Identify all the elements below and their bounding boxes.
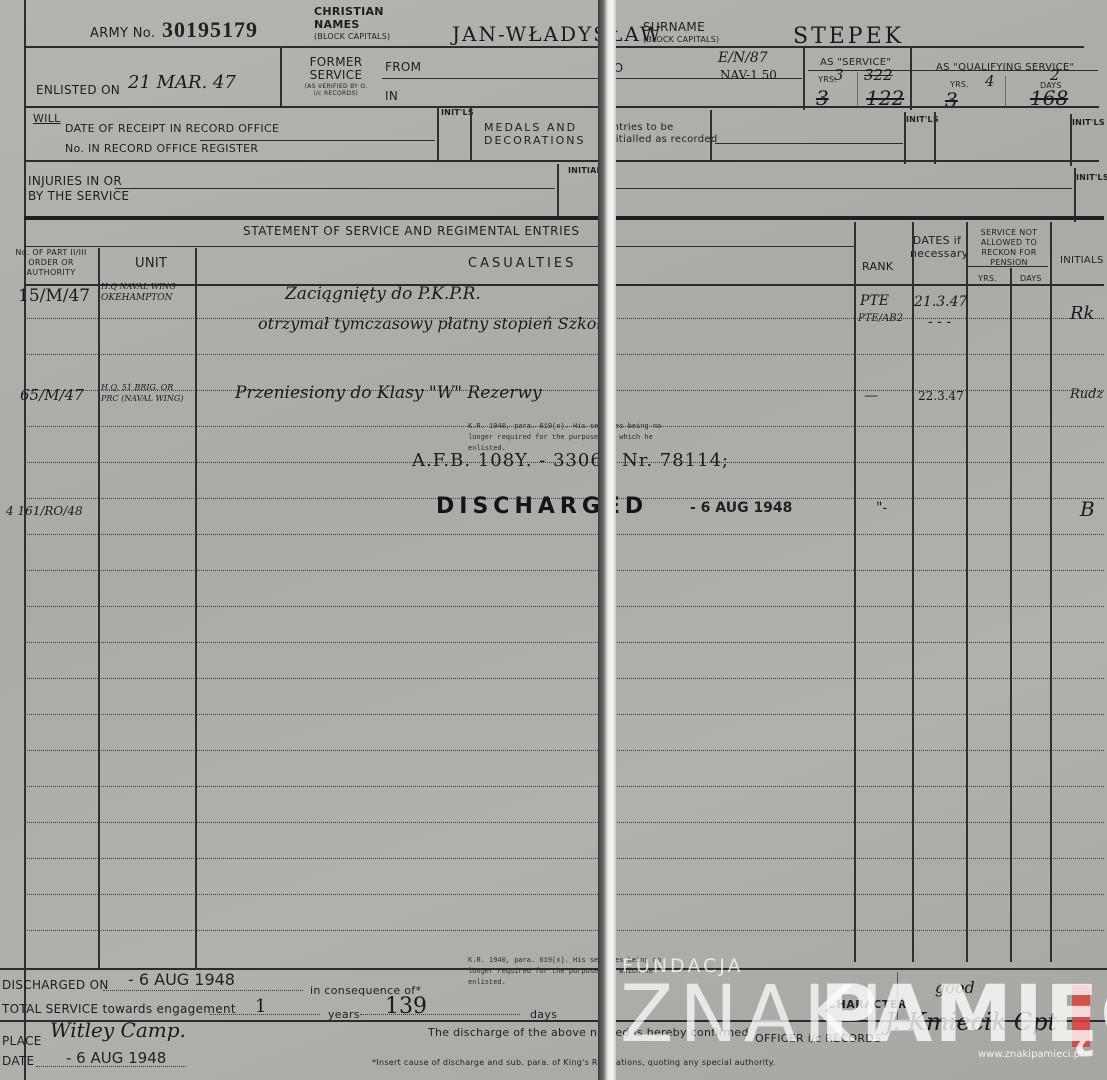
entry-1-unit-line2: OKEHAMPTON — [101, 293, 173, 303]
entry-2-rank: — — [864, 388, 878, 404]
qualifying-yrs: 4 — [985, 72, 995, 90]
entry-2-stamp-line1: K.R. 1940, para. 619(x). His services be… — [468, 422, 661, 433]
entry-2-order: 65/M/47 — [20, 386, 84, 404]
medals-label-2: DECORATIONS — [484, 134, 585, 147]
entry-1-rank-line1: PTE — [860, 293, 889, 309]
statement-header-bottom — [24, 284, 1104, 286]
christian-names-sub: (BLOCK CAPITALS) — [314, 32, 390, 41]
entries-note-1: Entries to be — [606, 122, 674, 133]
col-dates-header: DATES if necessary — [910, 234, 964, 260]
medals-divider — [710, 110, 712, 162]
ruled-line — [24, 822, 1104, 823]
former-service-sub: (AS VERIFIED BY O. i/c RECORDS) — [300, 83, 372, 97]
header-divider-3 — [24, 160, 1099, 162]
former-service-label: FORMER SERVICE — [300, 56, 372, 82]
entry-1-casualty-line1: Zaciągnięty do P.K.P.R. — [285, 284, 481, 304]
service-record-document: ARMY No. 30195179 CHRISTIAN NAMES (BLOCK… — [0, 0, 1107, 1080]
surname-label: SURNAME — [643, 20, 705, 34]
entry-2-unit-line1: H.Q. 51 BRIG. OR — [101, 383, 173, 392]
col-not-allowed-header: SERVICE NOT ALLOWED TO RECKON FOR PENSIO… — [968, 228, 1050, 268]
col-unit-header: UNIT — [135, 256, 167, 271]
col-days-header: DAYS — [1020, 274, 1042, 283]
ruled-line — [24, 678, 1104, 679]
entry-2-initials: Rudz — [1070, 387, 1103, 402]
entry-3-initials: B — [1080, 497, 1095, 521]
ruled-line — [24, 570, 1104, 571]
statement-title: STATEMENT OF SERVICE AND REGIMENTAL ENTR… — [243, 224, 580, 238]
col-divider-casualties — [854, 222, 856, 962]
col-divider-unit — [195, 248, 197, 968]
injuries-line — [115, 188, 555, 189]
injuries-initials-divider — [557, 164, 559, 216]
to-value-line2: NAV-1 50 — [720, 68, 777, 82]
place-value: Witley Camp. — [50, 1018, 186, 1042]
entry-1-order: 15/M/47 — [18, 286, 90, 306]
entry-1-initials: Rk — [1070, 303, 1094, 324]
col-casualties-header: CASUALTIES — [468, 256, 576, 271]
register-label: No. IN RECORD OFFICE REGISTER — [65, 142, 258, 155]
date-receipt-label: DATE OF RECEIPT IN RECORD OFFICE — [65, 122, 279, 135]
total-days-line — [360, 1014, 520, 1015]
col-divider-order — [98, 248, 100, 968]
entry-2-casualty: Przeniesiony do Klasy "W" Rezerwy — [235, 383, 542, 403]
ruled-line — [24, 930, 1104, 931]
col-order-header: No. OF PART II/III ORDER OR AUTHORITY — [14, 248, 88, 278]
medals-initials-label-2: INIT'LS — [1072, 118, 1105, 127]
entry-2-date: 22.3.47 — [918, 389, 964, 403]
paper-fold-crease — [598, 0, 616, 1080]
total-service-label: TOTAL SERVICE towards engagement — [2, 1002, 236, 1016]
entry-2-reference: A.F.B. 108Y. - 33060 Nr. 78114; — [412, 450, 729, 471]
enlisted-label: ENLISTED ON — [36, 83, 120, 97]
total-days-value: 139 — [385, 994, 427, 1019]
entry-1-date-line1: 21.3.47 — [914, 294, 967, 310]
injuries-label-2: BY THE SERVICE — [28, 189, 129, 203]
col-divider-rank — [912, 222, 914, 962]
watermark-pamieci: PAMIĘCI — [820, 970, 1107, 1060]
christian-names-value: JAN-WŁADYSŁAW — [452, 22, 663, 46]
qualifying-yrs-struck: 3 — [945, 88, 958, 112]
service-col-divider — [857, 72, 858, 108]
as-service-days: 322 — [864, 66, 893, 84]
place-label: PLACE — [2, 1034, 42, 1048]
entry-1-rank-line2: PTE/AB2 — [858, 313, 903, 324]
discharged-on-value: - 6 AUG 1948 — [128, 970, 235, 989]
header-divider-1 — [24, 46, 1084, 48]
in-label: IN — [385, 89, 398, 103]
statement-top-rule — [24, 216, 1104, 220]
left-border — [24, 0, 26, 1080]
records-initials-divider-2 — [470, 106, 472, 160]
entry-3-order: 4 161/RO/48 — [6, 504, 83, 518]
entry-1-unit-line1: H.Q NAVAL WING — [101, 282, 176, 291]
surname-sub: (BLOCK CAPITALS) — [643, 35, 719, 44]
col-divider-days — [1050, 222, 1052, 962]
header-divider-2 — [24, 106, 1099, 108]
medals-line — [715, 143, 903, 144]
army-no-value: 30195179 — [162, 17, 258, 43]
as-service-yrs: 3 — [834, 66, 844, 84]
entry-1-casualty-line2: otrzymał tymczasowy płatny stopień Szkoł… — [258, 314, 611, 333]
will-label: WILL — [33, 112, 61, 125]
watermark-url[interactable]: www.znakipamieci.pl — [978, 1049, 1083, 1060]
injuries-label-1: INJURIES IN OR — [28, 174, 122, 188]
discharged-on-line — [103, 990, 303, 991]
date-value: - 6 AUG 1948 — [66, 1049, 166, 1067]
date-receipt-line — [200, 140, 435, 141]
ruled-line — [24, 858, 1104, 859]
ruled-line — [24, 894, 1104, 895]
ruled-line — [24, 786, 1104, 787]
col-initials-header: INITIALS — [1060, 255, 1104, 266]
enlisted-value: 21 MAR. 47 — [128, 72, 236, 93]
from-label: FROM — [385, 60, 421, 74]
ruled-line — [24, 714, 1104, 715]
entry-2-stamp-line2: longer required for the purpose for whic… — [468, 433, 653, 444]
entry-3-discharged-stamp: DISCHARGED — [436, 494, 648, 519]
col-not-allowed-line — [966, 266, 1048, 267]
ruled-line — [24, 606, 1104, 607]
col-divider-dates — [966, 222, 968, 962]
medals-initials-divider-2 — [934, 112, 936, 164]
discharged-on-label: DISCHARGED ON — [2, 978, 109, 992]
records-initials-divider — [437, 106, 439, 160]
ruled-line — [24, 354, 1104, 355]
qualifying-days: 2 — [1050, 66, 1060, 84]
qualifying-col-divider — [1005, 76, 1006, 108]
entry-3-discharged-date: - 6 AUG 1948 — [690, 500, 792, 516]
injuries-initials-label-2: INIT'LS — [1076, 173, 1107, 182]
army-no-label: ARMY No. — [90, 26, 155, 41]
ruled-line — [24, 642, 1104, 643]
consequence-stamp-3: enlisted. — [468, 978, 506, 989]
records-initials-label: INIT'LS — [441, 108, 474, 117]
medals-label-1: MEDALS AND — [484, 121, 577, 134]
ruled-line — [24, 750, 1104, 751]
col-yrs-header: YRS. — [978, 274, 997, 283]
entry-1-date-line2: - - - — [928, 314, 951, 330]
qualifying-divider — [910, 46, 912, 110]
entry-3-rank: "- — [876, 500, 887, 516]
to-value-line1: E/N/87 — [718, 50, 768, 66]
total-years-value: 1 — [255, 996, 266, 1017]
col-rank-header: RANK — [862, 260, 893, 273]
date-label: DATE — [2, 1054, 34, 1068]
injuries-line-2 — [612, 188, 1072, 189]
entry-2-unit-line2: PRC (NAVAL WING) — [101, 394, 183, 403]
enlisted-divider — [280, 46, 282, 106]
ruled-line — [24, 534, 1104, 535]
statement-title-line — [24, 246, 854, 247]
service-divider — [803, 46, 805, 110]
entries-note-2: initialled as recorded — [606, 134, 718, 145]
christian-names-label: CHRISTIAN NAMES — [314, 5, 374, 31]
